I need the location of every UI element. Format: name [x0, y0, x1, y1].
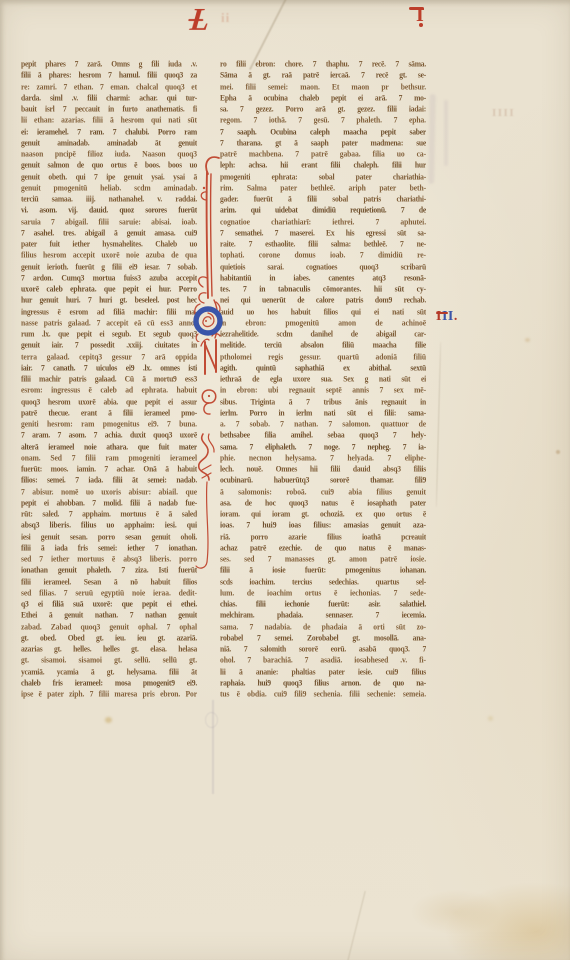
- text-line: patrē thecue. erant ā filii ierameel pmo…: [21, 407, 197, 419]
- letter-foot-blob: [419, 23, 423, 27]
- text-line: saruia 7 abigail. filii saruie: abisai. …: [21, 216, 197, 228]
- text-line: 7 asahel. tres. abigail ā genuit amasa. …: [21, 227, 197, 239]
- text-line: 7 semathei. 7 maserei. Ex his egressi sū…: [220, 227, 426, 239]
- text-line: ierlm. Porro in ierlm nati sūt ei filii:…: [220, 407, 426, 419]
- text-line: ycamiā. ycamia ā gt. helysama. filii āt: [21, 666, 197, 678]
- text-line: nei qui uenerūt de calore patris dom9 re…: [220, 294, 426, 306]
- text-line: ei: ieramehel. 7 ram. 7 chalubi. Porro r…: [21, 126, 197, 138]
- text-line: filii ā phares: hesrom 7 hamul. filii qu…: [21, 69, 197, 81]
- text-line: tophati. corone domus ioab. 7 dimidiū re…: [220, 249, 426, 261]
- text-line: sama. 7 eliphaleth. 7 noge. 7 nepheg. 7 …: [220, 441, 426, 453]
- text-line: ocubinarū. habuerūtq3 sororē thamar. fil…: [220, 474, 426, 486]
- parchment-crease: [436, 342, 441, 507]
- text-line: quoq3 hesrom uxorē abia. que pepit ei as…: [21, 396, 197, 408]
- text-line: scds ioachim. tercius sedechias. quartus…: [220, 576, 426, 588]
- text-line: re: zamri. 7 ethan. 7 eman. chalcal quoq…: [21, 81, 197, 93]
- text-line: filii ierameel. Sesan ā nō habuit filios: [21, 576, 197, 588]
- text-line: filii ā iosie fuerūt: pmogenitus iohanan…: [220, 564, 426, 576]
- text-line: ingressus ē esrom ad filiā machir: filii…: [21, 306, 197, 318]
- text-line: gt. sisamoi. sisamoi gt. sellū. sellū gt…: [21, 654, 197, 666]
- text-line: onam. Sed 7 filii ram pmogeniti ierameel: [21, 452, 197, 464]
- text-line: lum. de ioachim ortus ē iechonias. 7 sed…: [220, 587, 426, 599]
- text-line: absq3 liberis. filius uo apphaim: iesi. …: [21, 519, 197, 531]
- verso-showthrough-loop: [205, 712, 218, 728]
- text-line: terra galaad. cepitq3 gessur 7 arā oppid…: [21, 351, 197, 363]
- text-line: ptholomei regis gessur. quartū adoniā fi…: [220, 351, 426, 363]
- text-line: filios: semei. 7 iada. filii āt semei: n…: [21, 474, 197, 486]
- verso-showthrough-flourish: [428, 94, 436, 184]
- text-line: sed filias. 7 seruū egyptiū noie ieraa. …: [21, 587, 197, 599]
- text-column-left: pepit phares 7 zarā. Omns g fili iuda .v…: [21, 58, 197, 699]
- parchment-scratch: [347, 891, 365, 960]
- text-line: sama. 7 nadabia. de phadaia ā orti sūt z…: [220, 621, 426, 633]
- text-line: robabel 7 semei. Zorobabel gt. mosollā. …: [220, 632, 426, 644]
- text-line: cognatioe chariathiarī: iethrei. 7 aphut…: [220, 216, 426, 228]
- text-line: genuit salmon de quo ortus ē boos. boos …: [21, 159, 197, 171]
- text-column-right: ro filii ebron: chore. 7 thaphu. 7 recē.…: [220, 58, 426, 699]
- text-line: ohol. 7 barachiā. 7 asadiā. iosabhesed .…: [220, 654, 426, 666]
- text-line: iair. 7 canath. 7 uiculos ei9 .lx. omnes…: [21, 362, 197, 374]
- text-line: esrom: ingressus ē caleb ad ephrata. hab…: [21, 384, 197, 396]
- text-line: quietiois sarai. cognatioes quoq3 scriba…: [220, 261, 426, 273]
- text-line: asa. de hoc quoq3 natus ē iosaphath pate…: [220, 497, 426, 509]
- text-line: agith. quintū saphathiā ex abithal. sext…: [220, 362, 426, 374]
- text-line: Epha ā ocubina chaleb pepit ei arā. 7 mo…: [220, 92, 426, 104]
- penwork-flourish-divider: [193, 148, 229, 580]
- parchment-stain: [525, 338, 530, 342]
- text-line: Sāma ā gt. raā patrē iercaā. 7 recē gt. …: [220, 69, 426, 81]
- text-line: iesi genuit sesan. porro sesan genuit oh…: [21, 531, 197, 543]
- running-title-ghost-letters: ii: [221, 10, 230, 26]
- text-line: genuit pmogenitū heliab. scdm aminadab.: [21, 182, 197, 194]
- text-line: genuit ierioth. fuerūt g filii ei9 iesar…: [21, 261, 197, 273]
- numeral-topbar: [436, 312, 448, 314]
- text-line: mei. filii semei: maon. Et maon pr beths…: [220, 81, 426, 93]
- text-line: 7 ardon. Cumq3 mortua fuiss3 azuba accep…: [21, 272, 197, 284]
- text-line: ioas. 7 hui9 ioas filius: amasias genuit…: [220, 519, 426, 531]
- text-line: 7 abisur. nomē uo uxoris abisur: abiail.…: [21, 486, 197, 498]
- text-line: in ebron: pmogenitū amon de achinoē: [220, 317, 426, 329]
- text-line: lii ā ananie: phaltias pater iesie. cui9…: [220, 666, 426, 678]
- text-line: achaz patrē ezechie. de quo natus ē mana…: [220, 542, 426, 554]
- running-title-right-letter: I: [416, 4, 440, 30]
- manuscript-page: L ii I IIII pepit phares 7 zarā. Omns g …: [0, 0, 570, 960]
- text-line: auid uo hos habuit filios qui ei nati sū…: [220, 306, 426, 318]
- text-line: genuit obeth. qui 7 ipe genuit ysai. ysa…: [21, 171, 197, 183]
- parchment-stain: [556, 450, 560, 454]
- text-line: raphaia. hui9 quoq3 filius arnon. de quo…: [220, 677, 426, 689]
- verso-showthrough-flourish: [444, 100, 448, 166]
- text-line: habitantiū in iabes. canentes atq3 reson…: [220, 272, 426, 284]
- chapter-numeral: III.: [436, 309, 458, 329]
- text-line: genuit aminadab. aminadab āt genuit: [21, 137, 197, 149]
- text-line: filius hesrom accepit uxorē noie azuba d…: [21, 249, 197, 261]
- parchment-stain: [488, 716, 493, 721]
- text-line: 7 aram. 7 asom. 7 achia. duxit quoq3 uxo…: [21, 429, 197, 441]
- parchment-stain: [105, 717, 112, 723]
- text-line: rim. Salma pater bethleē. ariph pater be…: [220, 182, 426, 194]
- text-line: bethsabee filia amihel. sebaa quoq3 7 he…: [220, 429, 426, 441]
- text-line: pepit ei ahobban. 7 molid. filii ā nadab…: [21, 497, 197, 509]
- text-line: 7 saaph. Ocubina caleph maacha pepit sab…: [220, 126, 426, 138]
- text-line: chaleb fris ierameel: mosa pmogenit9 ei9…: [21, 677, 197, 689]
- text-line: vi. asom. vij. dauid. quoz sorores fuerū…: [21, 204, 197, 216]
- text-line: arim. qui uidebat dimidiū requietionū. 7…: [220, 204, 426, 216]
- text-line: riā. porro azarie filius ioathā pcreauit: [220, 531, 426, 543]
- text-line: alterā ierameel noie athara. que fuit ma…: [21, 441, 197, 453]
- text-line: leph: achsa. hii erant filii chaleph. fi…: [220, 159, 426, 171]
- text-line: melitide. terciū absalon filiū maacha fi…: [220, 339, 426, 351]
- text-line: in ebron: ubi regnauit septē annis 7 sex…: [220, 384, 426, 396]
- text-line: phie. necnon helysama. 7 helyada. 7 elip…: [220, 452, 426, 464]
- text-line: darda. siml .v. filii charmi: achar. qui…: [21, 92, 197, 104]
- text-line: filii ā iada fris semei: iether 7 ionath…: [21, 542, 197, 554]
- text-line: Ethei ā genuit nathan. 7 nathan genuit: [21, 609, 197, 621]
- text-line: regom. 7 iothā. 7 gesū. 7 phaleth. 7 eph…: [220, 114, 426, 126]
- text-line: ipse ē pater ziph. 7 filii maresa pris e…: [21, 688, 197, 700]
- text-line: tus ē obdia. cui9 fili9 sechenia. filii …: [220, 688, 426, 700]
- text-line: melchiram. phadaia. sennaser. 7 iecemia.: [220, 609, 426, 621]
- text-line: sibus. Triginta ā 7 tribus ānis regnauit…: [220, 396, 426, 408]
- verso-showthrough-numeral: IIII: [492, 107, 515, 119]
- text-line: zabad. Zabad quoq3 genuit ophal. 7 ophal: [21, 621, 197, 633]
- text-line: genuit iair. 7 possedit .xxiij. ciuitate…: [21, 339, 197, 351]
- text-line: ā salomonis: roboā. cui9 abia filius gen…: [220, 486, 426, 498]
- letter-topbar: [409, 7, 424, 10]
- illuminated-initial-D: [192, 300, 224, 342]
- text-line: ionathan genuit phaleth. 7 ziza. Isti fu…: [21, 564, 197, 576]
- numeral-period: .: [454, 309, 458, 324]
- text-line: pmogeniti ephrata: sobal pater chariathi…: [220, 171, 426, 183]
- text-line: 7 tharana. gt ā saaph pater madmena: sue: [220, 137, 426, 149]
- text-line: hur genuit huri. 7 huri gt. beseleel. po…: [21, 294, 197, 306]
- text-line: nasse patris galaad. 7 accepit eā cū ess…: [21, 317, 197, 329]
- text-line: gt. obed. Obed gt. ieu. ieu gt. azariā.: [21, 632, 197, 644]
- text-line: lii ethan: azarias. filii ā hesrom qui n…: [21, 114, 197, 126]
